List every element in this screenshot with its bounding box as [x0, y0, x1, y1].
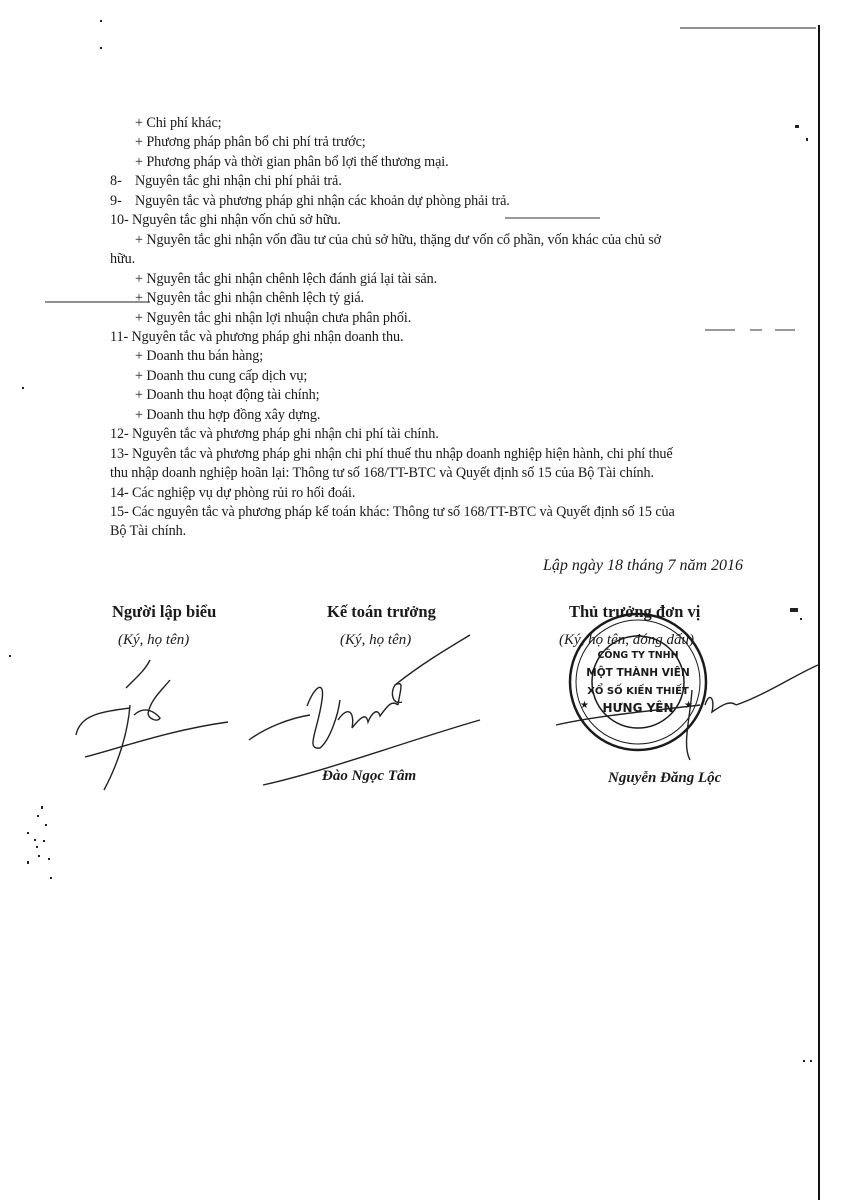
signature-name-chief-accountant: Đào Ngọc Tâm: [322, 768, 416, 785]
stamp-line-4: HƯNG YÊN: [602, 700, 673, 715]
text-line: hữu.: [110, 250, 135, 268]
text-line: + Doanh thu bán hàng;: [135, 347, 263, 365]
text-line: + Phương pháp và thời gian phân bổ lợi t…: [135, 153, 449, 171]
document-page: + Chi phí khác;+ Phương pháp phân bổ chi…: [0, 0, 848, 1200]
section-heading-line: 14- Các nghiệp vụ dự phòng rủi ro hối đo…: [110, 484, 355, 502]
text-line: + Nguyên tắc ghi nhận vốn đầu tư của chủ…: [135, 231, 661, 249]
handwriting-overlay: CÔNG TY TNHH MỘT THÀNH VIÊN XỔ SỐ KIẾN T…: [0, 0, 848, 1200]
stamp-line-3: XỔ SỐ KIẾN THIẾT: [587, 682, 689, 697]
section-heading-line: 13- Nguyên tắc và phương pháp ghi nhận c…: [110, 445, 673, 463]
text-line: + Nguyên tắc ghi nhận lợi nhuận chưa phâ…: [135, 309, 411, 327]
signature-name-director: Nguyễn Đăng Lộc: [608, 770, 721, 787]
text-line: thu nhập doanh nghiệp hoãn lại: Thông tư…: [110, 464, 654, 482]
date-line: Lập ngày 18 tháng 7 năm 2016: [543, 557, 743, 575]
signature-preparer: [76, 660, 228, 790]
text-line: Bộ Tài chính.: [110, 522, 186, 540]
section-heading-line: 12- Nguyên tắc và phương pháp ghi nhận c…: [110, 425, 439, 443]
text-line: + Doanh thu hợp đồng xây dựng.: [135, 406, 320, 424]
text-line: + Doanh thu hoạt động tài chính;: [135, 386, 319, 404]
line-number: 9-: [110, 192, 122, 210]
signature-subtitle-preparer: (Ký, họ tên): [118, 632, 189, 649]
section-heading-line: 10- Nguyên tắc ghi nhận vốn chủ sở hữu.: [110, 211, 341, 229]
stamp-line-1: CÔNG TY TNHH: [597, 649, 678, 661]
text-line: + Doanh thu cung cấp dịch vụ;: [135, 367, 307, 385]
section-heading-line: 15- Các nguyên tắc và phương pháp kế toá…: [110, 503, 675, 521]
text-line: + Nguyên tắc ghi nhận chênh lệch đánh gi…: [135, 270, 437, 288]
text-line: + Phương pháp phân bổ chi phí trả trước;: [135, 133, 366, 151]
svg-text:★: ★: [580, 700, 589, 711]
stamp-line-2: MỘT THÀNH VIÊN: [586, 666, 690, 679]
text-line: + Nguyên tắc ghi nhận chênh lệch tỷ giá.: [135, 289, 364, 307]
section-heading-line: 11- Nguyên tắc và phương pháp ghi nhận d…: [110, 328, 403, 346]
signature-title-preparer: Người lập biểu: [112, 602, 216, 622]
signature-title-chief-accountant: Kế toán trưởng: [327, 602, 436, 622]
scan-noise: [9, 20, 812, 1062]
section-heading-line: Nguyên tắc ghi nhận chi phí phải trả.: [135, 172, 342, 190]
signature-title-director: Thủ trưởng đơn vị: [569, 602, 700, 622]
text-line: + Chi phí khác;: [135, 114, 222, 132]
signature-subtitle-director: (Ký, họ tên, đóng dấu): [559, 632, 694, 649]
scan-edge-line: [818, 25, 820, 1200]
section-heading-line: Nguyên tắc và phương pháp ghi nhận các k…: [135, 192, 510, 210]
signature-director: [556, 665, 818, 760]
svg-text:★: ★: [684, 700, 693, 711]
line-number: 8-: [110, 172, 122, 190]
signature-chief-accountant: [249, 635, 480, 785]
signature-subtitle-chief-accountant: (Ký, họ tên): [340, 632, 411, 649]
